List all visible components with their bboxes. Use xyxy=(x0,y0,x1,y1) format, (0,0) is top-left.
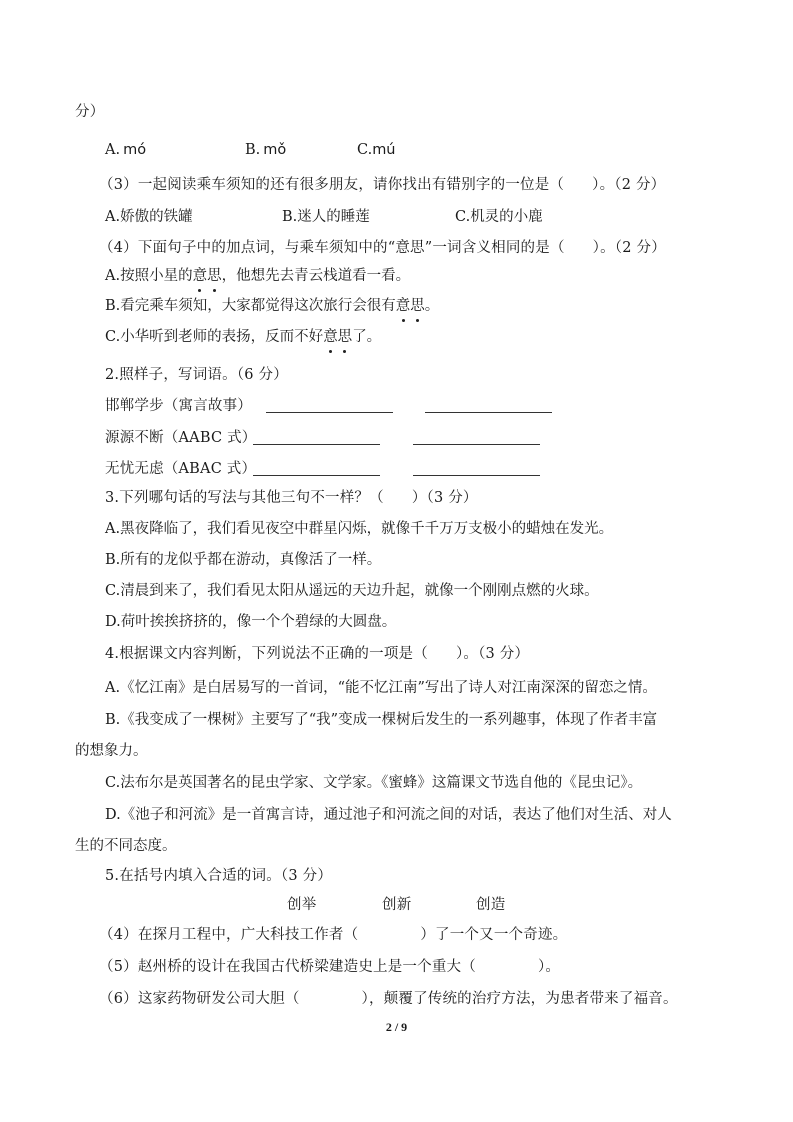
continuation-text: 分） xyxy=(75,102,104,122)
option-a[interactable]: A.《忆江南》是白居易写的一首词，“能不忆江南”写出了诗人对江南深深的留恋之情。 xyxy=(105,678,657,698)
emphasis-dots-icon xyxy=(396,319,425,322)
option-text: 清晨到来了，我们看见太阳从遥远的天边升起，就像一个刚刚点燃的火球。 xyxy=(120,583,599,599)
option-a[interactable]: A.娇傲的铁罐 xyxy=(105,207,193,227)
example-word: 源源不断（AABC 式） xyxy=(105,428,256,448)
emphasis-dots-icon xyxy=(323,350,352,353)
option-b-pinyin[interactable]: B.mǒ xyxy=(245,140,286,160)
fill-text: （4）在探月工程中，广大科技工作者（ xyxy=(99,927,358,943)
option-text: ，他想先去青云栈道看一看。 xyxy=(222,268,411,284)
option-label: B. xyxy=(105,712,120,728)
question-3-prompt: 3.下列哪句话的写法与其他三句不一样？（）（3 分） xyxy=(105,488,478,508)
option-a-pinyin[interactable]: A.mó xyxy=(105,140,146,160)
fill-text: （5）赵州桥的设计在我国古代桥梁建造史上是一个重大（ xyxy=(99,959,476,975)
fill-text: ）。 xyxy=(538,959,560,975)
option-label: C. xyxy=(105,775,120,791)
answer-line[interactable] xyxy=(253,475,380,476)
fill-text: ）了一个又一个奇迹。 xyxy=(420,927,567,943)
option-b[interactable]: B.所有的龙似乎都在游动，真像活了一样。 xyxy=(105,550,381,570)
option-text: 所有的龙似乎都在游动，真像活了一样。 xyxy=(120,552,381,568)
option-d[interactable]: D.《池子和河流》是一首寓言诗，通过池子和河流之间的对话，表达了他们对生活、对人 xyxy=(105,805,672,825)
option-c-pinyin[interactable]: C.mú xyxy=(357,140,396,160)
prompt-text: （4）下面句子中的加点词，与乘车须知中的“意思”一词含义相同的是（ xyxy=(99,240,565,256)
fill-item: （5）赵州桥的设计在我国古代桥梁建造史上是一个重大（）。 xyxy=(99,957,560,977)
example-word: 邯郸学步（寓言故事） xyxy=(105,396,252,416)
option-text: mú xyxy=(372,142,395,158)
fill-item: （4）在探月工程中，广大科技工作者（）了一个又一个奇迹。 xyxy=(99,925,567,945)
option-text: 娇傲的铁罐 xyxy=(120,209,193,225)
question-1-4-prompt: （4）下面句子中的加点词，与乘车须知中的“意思”一词含义相同的是（）。（2 分） xyxy=(99,238,666,258)
option-text: 了。 xyxy=(352,329,381,345)
option-label: D. xyxy=(105,614,121,630)
option-label: A. xyxy=(105,209,120,225)
fill-item: （6）这家药物研发公司大胆（），颠覆了传统的治疗方法，为患者带来了福音。 xyxy=(99,989,678,1009)
option-d-continued: 生的不同态度。 xyxy=(75,836,177,856)
option-text: 按照小星的 xyxy=(120,268,193,284)
option-text: 。 xyxy=(425,298,440,314)
option-a[interactable]: A.黑夜降临了，我们看见夜空中群星闪烁，就像千千万万支极小的蜡烛在发光。 xyxy=(105,519,613,539)
option-c[interactable]: C.法布尔是英国著名的昆虫学家、文学家。《蜜蜂》这篇课文节选自他的《昆虫记》。 xyxy=(105,773,642,793)
option-text: 荷叶挨挨挤挤的，像一个个碧绿的大圆盘。 xyxy=(121,614,397,630)
answer-line[interactable] xyxy=(253,444,380,445)
page-number: 2 / 9 xyxy=(0,1020,793,1035)
emphasis-dots-icon xyxy=(193,289,222,292)
option-label: B. xyxy=(245,142,260,158)
option-label: B. xyxy=(105,298,120,314)
option-text: 《我变成了一棵树》主要写了“我”变成一棵树后发生的一系列趣事，体现了作者丰富 xyxy=(120,712,657,728)
dotted-word-text: 意思 xyxy=(323,329,352,345)
option-a[interactable]: A.按照小星的意思，他想先去青云栈道看一看。 xyxy=(105,266,410,286)
question-5-title: 5.在括号内填入合适的词。（3 分） xyxy=(105,866,332,886)
option-text: mǒ xyxy=(263,142,286,158)
question-4-prompt: 4.根据课文内容判断，下列说法不正确的一项是（）。（3 分） xyxy=(105,644,529,664)
option-label: D. xyxy=(105,807,121,823)
fill-text: ），颠覆了传统的治疗方法，为患者带来了福音。 xyxy=(362,991,678,1007)
option-text: 小华听到老师的表扬，反而不好 xyxy=(120,329,323,345)
prompt-text: ）。（2 分） xyxy=(593,240,666,256)
question-1-3-prompt: （3）一起阅读乘车须知的还有很多朋友，请你找出有错别字的一位是（）。（2 分） xyxy=(99,175,665,195)
option-text: 法布尔是英国著名的昆虫学家、文学家。《蜜蜂》这篇课文节选自他的《昆虫记》。 xyxy=(120,775,642,791)
option-label: A. xyxy=(105,268,120,284)
option-text: 《池子和河流》是一首寓言诗，通过池子和河流之间的对话，表达了他们对生活、对人 xyxy=(121,807,672,823)
example-word: 无忧无虑（ABAC 式） xyxy=(105,459,256,479)
word-bank-item: 创造 xyxy=(476,895,505,915)
option-text: mó xyxy=(123,142,146,158)
option-b[interactable]: B.《我变成了一棵树》主要写了“我”变成一棵树后发生的一系列趣事，体现了作者丰富 xyxy=(105,710,657,730)
option-b[interactable]: B.迷人的睡莲 xyxy=(282,207,370,227)
prompt-text: ）。（2 分） xyxy=(592,177,665,193)
option-label: C. xyxy=(105,583,120,599)
dotted-word: 意思 xyxy=(323,327,352,347)
dotted-word-text: 意思 xyxy=(396,298,425,314)
option-label: A. xyxy=(105,142,120,158)
option-text: 黑夜降临了，我们看见夜空中群星闪烁，就像千千万万支极小的蜡烛在发光。 xyxy=(120,521,613,537)
option-text: 《忆江南》是白居易写的一首词，“能不忆江南”写出了诗人对江南深深的留恋之情。 xyxy=(120,680,657,696)
option-b[interactable]: B.看完乘车须知，大家都觉得这次旅行会很有意思。 xyxy=(105,296,439,316)
option-c[interactable]: C.清晨到来了，我们看见太阳从遥远的天边升起，就像一个刚刚点燃的火球。 xyxy=(105,581,599,601)
word-bank-item: 创举 xyxy=(287,895,316,915)
option-text: 机灵的小鹿 xyxy=(470,209,543,225)
prompt-text: （3）一起阅读乘车须知的还有很多朋友，请你找出有错别字的一位是（ xyxy=(99,177,564,193)
answer-line[interactable] xyxy=(413,444,540,445)
word-bank-item: 创新 xyxy=(382,895,411,915)
answer-line[interactable] xyxy=(425,412,552,413)
prompt-text: 4.根据课文内容判断，下列说法不正确的一项是（ xyxy=(105,646,428,662)
option-label: A. xyxy=(105,680,120,696)
option-text: 看完乘车须知，大家都觉得这次旅行会很有 xyxy=(120,298,396,314)
prompt-text: ）（3 分） xyxy=(412,490,478,506)
option-c[interactable]: C.小华听到老师的表扬，反而不好意思了。 xyxy=(105,327,381,347)
option-label: C. xyxy=(105,329,120,345)
dotted-word: 意思 xyxy=(193,266,222,286)
answer-line[interactable] xyxy=(266,412,393,413)
option-label: C. xyxy=(357,142,372,158)
option-b-continued: 的想象力。 xyxy=(75,741,148,761)
prompt-text: 3.下列哪句话的写法与其他三句不一样？（ xyxy=(105,490,384,506)
option-d[interactable]: D.荷叶挨挨挤挤的，像一个个碧绿的大圆盘。 xyxy=(105,612,396,632)
option-label: A. xyxy=(105,521,120,537)
option-label: C. xyxy=(455,209,470,225)
option-c[interactable]: C.机灵的小鹿 xyxy=(455,207,543,227)
dotted-word-text: 意思 xyxy=(193,268,222,284)
answer-line[interactable] xyxy=(413,475,540,476)
prompt-text: ）。（3 分） xyxy=(456,646,529,662)
dotted-word: 意思 xyxy=(396,296,425,316)
option-label: B. xyxy=(105,552,120,568)
option-label: B. xyxy=(282,209,297,225)
option-text: 迷人的睡莲 xyxy=(297,209,370,225)
question-2-title: 2.照样子，写词语。（6 分） xyxy=(105,365,288,385)
fill-text: （6）这家药物研发公司大胆（ xyxy=(99,991,300,1007)
